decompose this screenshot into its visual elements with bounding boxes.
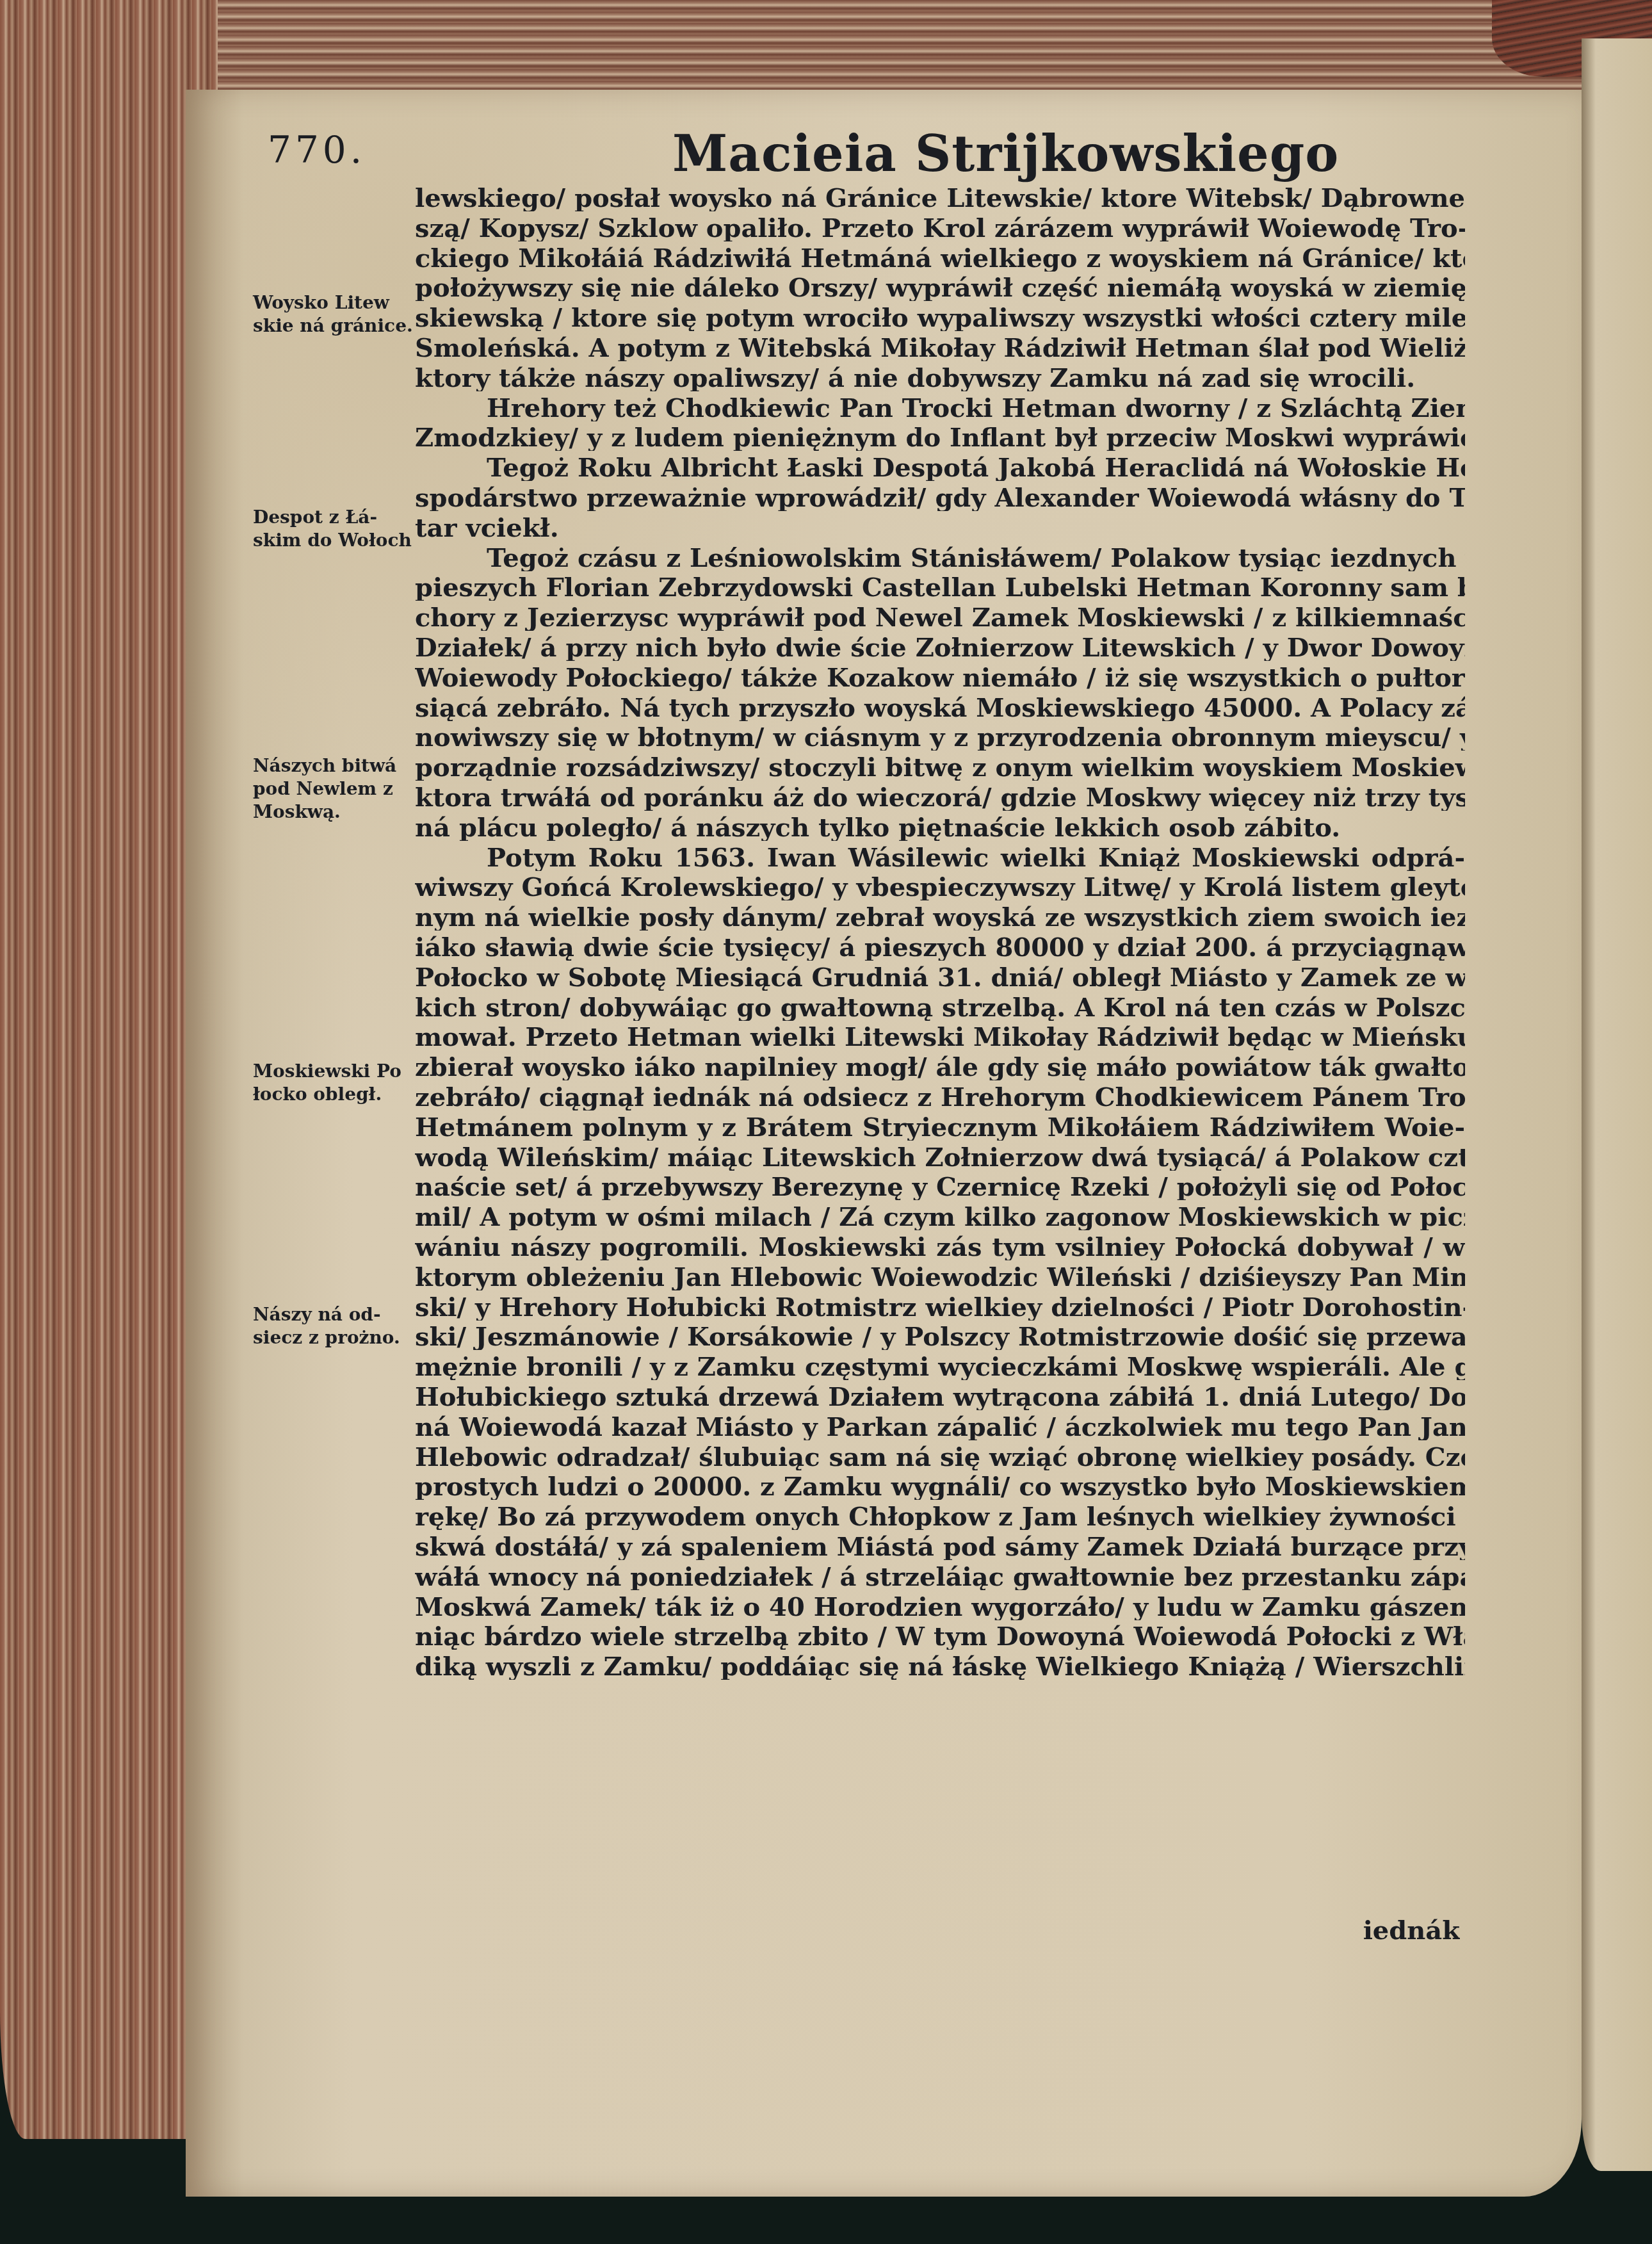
text-line: iáko sławią dwie ście tysięcy/ á pieszyc… <box>415 935 1465 961</box>
gloss-line: Nászych bitwá <box>253 754 410 777</box>
text-line: mował. Przeto Hetman wielki Litewski Mik… <box>415 1025 1465 1050</box>
gloss-line: Woysko Litew <box>253 291 410 314</box>
text-line: szą/ Kopysz/ Szklow opaliło. Przeto Krol… <box>415 216 1465 241</box>
text-line: wániu nászy pogromili. Moskiewski zás ty… <box>415 1235 1465 1260</box>
text-line: Tegoż czásu z Leśniowolskim Stánisłáwem/… <box>487 546 1465 571</box>
text-line: diką wyszli z Zamku/ poddáiąc się ná łás… <box>415 1654 1465 1680</box>
text-line: Zmodzkiey/ y z ludem pieniężnym do Infla… <box>415 425 1465 451</box>
text-line: wáłá wnocy ná poniedziałek / á strzeláią… <box>415 1565 1465 1590</box>
text-line: lewskiego/ posłał woysko ná Gránice Lite… <box>415 186 1465 211</box>
page-number: 770. <box>268 128 366 172</box>
text-line: Działek/ á przy nich było dwie ście Zołn… <box>415 635 1465 661</box>
text-line: nym ná wielkie posły dánym/ zebrał woysk… <box>415 905 1465 931</box>
text-line: chory z Jezierzysc wypráwił pod Newel Za… <box>415 605 1465 631</box>
text-line: Smoleńská. A potym z Witebská Mikołay Rá… <box>415 336 1465 361</box>
gloss-line: siecz z prożno. <box>253 1326 410 1349</box>
book-fore-edge <box>0 0 218 2139</box>
text-line: pieszych Florian Zebrzydowski Castellan … <box>415 575 1465 601</box>
gloss-line: Moskwą. <box>253 801 410 824</box>
catchword: iednák <box>1281 1918 1460 1944</box>
text-line: mężnie bronili / y z Zamku częstymi wyci… <box>415 1354 1465 1380</box>
marginal-gloss: Nászych bitwápod Newlem zMoskwą. <box>253 754 410 824</box>
marginal-gloss: Despot z Łá-skim do Wołoch <box>253 506 410 552</box>
text-line: ktora trwáłá od poránku áż do wieczorá/ … <box>415 785 1465 811</box>
gloss-line: Despot z Łá- <box>253 506 410 529</box>
text-line: siącá zebráło. Ná tych przyszło woyská M… <box>415 695 1465 721</box>
text-line: wodą Wileńskim/ máiąc Litewskich Zołnier… <box>415 1145 1465 1171</box>
book-top-edge <box>0 0 1652 102</box>
gloss-line: łocko obległ. <box>253 1083 410 1106</box>
text-line: tar vciekł. <box>415 516 1465 541</box>
text-line: Tegoż Roku Albricht Łaski Despotá Jakobá… <box>487 455 1465 481</box>
text-line: ckiego Mikołáiá Rádziwiłá Hetmáná wielki… <box>415 246 1465 272</box>
page-gutter-shadow <box>186 90 243 2197</box>
text-line: ktorym obleżeniu Jan Hlebowic Woiewodzic… <box>415 1265 1465 1290</box>
text-line: ná Woiewodá kazał Miásto y Parkan zápali… <box>415 1415 1465 1440</box>
text-line: Moskwá Zamek/ ták iż o 40 Horodzien wygo… <box>415 1595 1465 1620</box>
running-head: Macieia Strijkowskiego <box>672 125 1339 183</box>
text-line: skiewską / ktore się potym wrociło wypal… <box>415 305 1465 331</box>
text-line: Potym Roku 1563. Iwan Wásilewic wielki K… <box>487 845 1465 871</box>
text-line: Hlebowic odradzał/ ślubuiąc sam ná się w… <box>415 1445 1465 1470</box>
text-line: rękę/ Bo zá przywodem onych Chłopkow z J… <box>415 1504 1465 1530</box>
text-line: prostych ludzi o 20000. z Zamku wygnáli/… <box>415 1474 1465 1500</box>
text-line: spodárstwo przeważnie wprowádził/ gdy Al… <box>415 485 1465 511</box>
text-line: naście set/ á przebywszy Berezynę y Czer… <box>415 1175 1465 1200</box>
text-line: porządnie rozsádziwszy/ stoczyli bitwę z… <box>415 755 1465 781</box>
text-line: zbierał woysko iáko napilniey mogł/ ále … <box>415 1055 1465 1080</box>
marginal-gloss: Nászy ná od-siecz z prożno. <box>253 1303 410 1349</box>
text-line: mil/ A potym w ośmi milach / Zá czym kil… <box>415 1205 1465 1230</box>
gloss-line: pod Newlem z <box>253 777 410 801</box>
text-line: ski/ Jeszmánowie / Korsákowie / y Polszc… <box>415 1324 1465 1350</box>
marginal-gloss: Moskiewski Połocko obległ. <box>253 1060 410 1106</box>
marginal-gloss: Woysko Litewskie ná gránice. <box>253 291 410 337</box>
text-line: ktory tákże nászy opaliwszy/ á nie dobyw… <box>415 366 1465 391</box>
gloss-line: Nászy ná od- <box>253 1303 410 1326</box>
text-line: ná plácu poległo/ á nászych tylko piętna… <box>415 815 1465 841</box>
text-line: niąc bárdzo wiele strzelbą zbito / W tym… <box>415 1624 1465 1650</box>
gloss-line: skim do Wołoch <box>253 529 410 552</box>
text-line: Połocko w Sobotę Miesiącá Grudniá 31. dn… <box>415 965 1465 991</box>
text-line: zebráło/ ciągnął iednák ná odsiecz z Hre… <box>415 1085 1465 1110</box>
text-line: nowiwszy się w błotnym/ w ciásnym y z pr… <box>415 725 1465 751</box>
text-line: ski/ y Hrehory Hołubicki Rotmistrz wielk… <box>415 1295 1465 1321</box>
text-line: Woiewody Połockiego/ tákże Kozakow niemá… <box>415 665 1465 691</box>
text-line: Hetmánem polnym y z Brátem Stryiecznym M… <box>415 1115 1465 1141</box>
text-line: Hołubickiego sztuká drzewá Działem wytrą… <box>415 1385 1465 1410</box>
text-line: położywszy się nie dáleko Orszy/ wypráwi… <box>415 275 1465 301</box>
text-line: wiwszy Gońcá Krolewskiego/ y vbespieczyw… <box>415 875 1465 900</box>
text-line: skwá dostáłá/ y zá spaleniem Miástá pod … <box>415 1534 1465 1560</box>
gloss-line: Moskiewski Po <box>253 1060 410 1083</box>
text-line: Hrehory też Chodkiewic Pan Trocki Hetman… <box>487 396 1465 421</box>
text-line: kich stron/ dobywáiąc go gwałtowną strze… <box>415 995 1465 1021</box>
gloss-line: skie ná gránice. <box>253 314 410 337</box>
facing-page <box>1582 38 1652 2171</box>
